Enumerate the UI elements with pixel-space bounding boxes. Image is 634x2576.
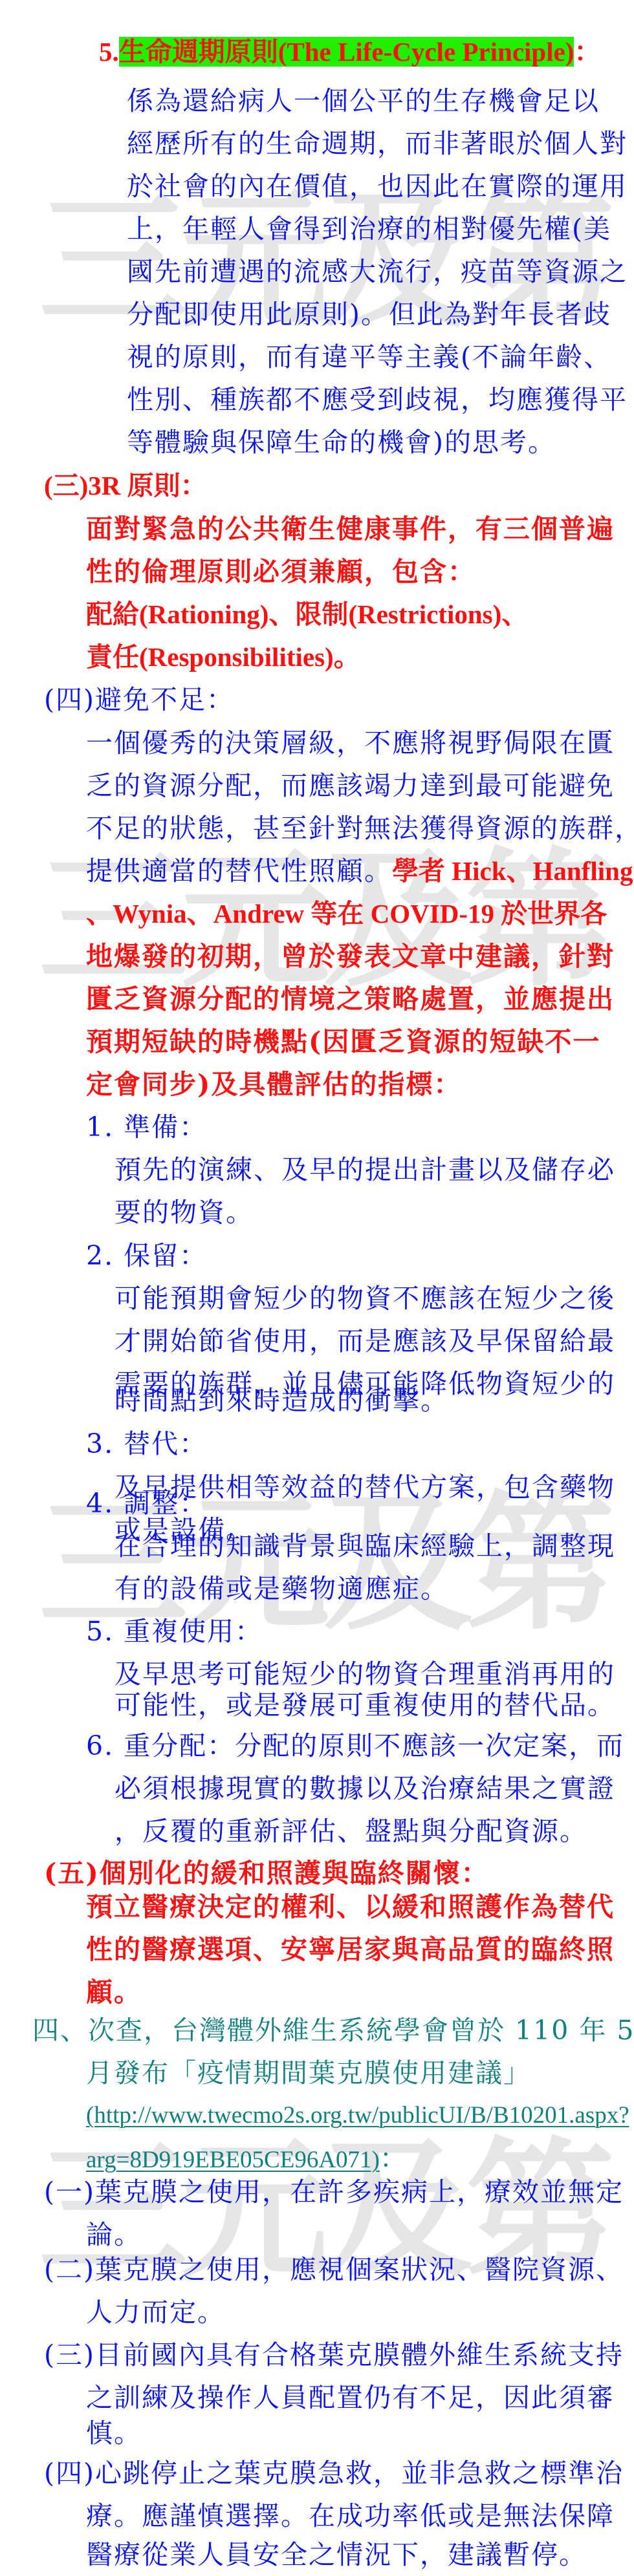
section-heading-avoid-shortage: (四)避免不足： [44, 683, 234, 716]
paragraph-line: 、Wynia、Andrew 等在 COVID-19 於世界各 [86, 897, 607, 930]
recommendation-item: (四)心跳停止之葉克膜急救，並非急救之標準治 [44, 2457, 624, 2489]
section-heading-3r: (三)3R 原則： [44, 469, 207, 502]
paragraph-line: 定會同步)及具體評估的指標： [86, 1068, 461, 1100]
principle-heading: 5.生命週期原則(The Life-Cycle Principle)： [99, 36, 602, 68]
paragraph-line: 性的倫理原則必須兼顧，包含： [86, 555, 475, 588]
paragraph-line: 性的醫療選項、安寧居家與高品質的臨終照 [86, 1933, 615, 1966]
principle-colon: ： [574, 36, 602, 67]
principle-title-highlighted: 生命週期原則(The Life-Cycle Principle) [119, 37, 574, 67]
list-item-inline-text: 分配的原則不應該一次定案，而 [235, 1730, 624, 1761]
paragraph-line-mixed: 提供適當的替代性照顧。學者 Hick、Hanfling [86, 855, 633, 887]
paragraph-line: 一個優秀的決策層級，不應將視野侷限在匱 [86, 727, 615, 759]
list-item-line: 有的設備或是藥物適應症。 [115, 1572, 448, 1605]
text-red-emphasis: 學者 Hick、Hanfling [392, 856, 633, 886]
recommendation-item-line: 論。 [86, 2218, 142, 2251]
paragraph-line: 分配即使用此原則)。但此為對年長者歧 [127, 298, 611, 330]
paragraph-line: 係為還給病人一個公平的生存機會足以 [127, 85, 600, 117]
list-item-line: 必須根據現實的數據以及治療結果之實證 [115, 1772, 615, 1805]
paragraph-line: 配給(Rationing)、限制(Restrictions)、 [86, 598, 528, 630]
paragraph-line: 月發布「疫情期間葉克膜使用建議」 [86, 2057, 531, 2089]
paragraph-line: 等體驗與保障生命的機會)的思考。 [127, 426, 556, 458]
recommendation-item: (三)目前國內具有合格葉克膜體外維生系統支持 [44, 2339, 624, 2371]
paragraph-line: 於社會的內在價值，也因此在實際的運用 [127, 170, 628, 202]
reference-link-line2: arg=8D919EBE05CE96A071)： [86, 2142, 408, 2176]
list-item-line: 在合理的知識背景與臨床經驗上，調整現 [115, 1530, 615, 1562]
paragraph-line: 性別、種族都不應受到歧視，均應獲得平 [127, 383, 628, 416]
link-suffix: ： [380, 2143, 408, 2174]
list-item-label: 3. 替代： [86, 1428, 207, 1460]
recommendation-item-line: 之訓練及操作人員配置仍有不足，因此須審 [86, 2381, 615, 2414]
paragraph-line: 地爆發的初期，曾於發表文章中建議，針對 [86, 940, 615, 972]
list-item-label: 5. 重複使用： [86, 1615, 263, 1648]
reference-link[interactable]: (http://www.twecmo2s.org.tw/publicUI/B/B… [86, 2099, 629, 2132]
paragraph-line: 經歷所有的生命週期，而非著眼於個人對 [127, 127, 628, 160]
paragraph-line: 責任(Responsibilities)。 [86, 641, 360, 673]
paragraph-line: 顧。 [86, 1976, 142, 2008]
list-item-label: 2. 保留： [86, 1240, 207, 1272]
paragraph-line: 面對緊急的公共衛生健康事件，有三個普遍 [86, 513, 615, 545]
recommendation-item-line: 療。應謹慎選擇。在成功率低或是無法保障 [86, 2500, 615, 2532]
list-item-label: 1. 準備： [86, 1111, 207, 1143]
list-item-line: 才開始節省使用，而是應該及早保留給最 [115, 1325, 615, 1357]
watermark-char: 第 [466, 1490, 608, 1639]
paragraph-line: 國先前遭遇的流感大流行，疫苗等資源之 [127, 255, 628, 288]
recommendation-item-line: 慎。 [86, 2417, 142, 2449]
paragraph-line: 預立醫療決定的權利、以緩和照護作為替代 [86, 1891, 615, 1923]
paragraph-line: 四、次查，台灣體外維生系統學會曾於 110 年 5 [32, 2014, 634, 2046]
paragraph-line: 預期短缺的時機點(因匱乏資源的短缺不一 [86, 1025, 600, 1058]
paragraph-line: 乏的資源分配，而應該竭力達到最可能避免 [86, 769, 615, 802]
paragraph-line: 匱乏資源分配的情境之策略處置，並應提出 [86, 983, 615, 1015]
list-item-line: 可能性，或是發展可重複使用的替代品。 [115, 1689, 615, 1721]
list-item-line: 要的物資。 [115, 1196, 254, 1229]
text-blue: 提供適當的替代性照顧。 [86, 855, 392, 886]
principle-number: 5. [99, 37, 119, 67]
reference-link[interactable]: arg=8D919EBE05CE96A071) [86, 2147, 380, 2173]
list-item-label: 4. 調整： [86, 1487, 207, 1519]
recommendation-item-line: 醫療從業人員安全之情況下，建議暫停。 [86, 2538, 587, 2571]
list-item-label-inline: 6. 重分配：分配的原則不應該一次定案，而 [86, 1730, 624, 1762]
paragraph-line: 上，年輕人會得到治療的相對優先權(美 [127, 213, 611, 245]
list-item-line: 可能預期會短少的物資不應該在短少之後 [115, 1282, 615, 1315]
recommendation-item-line: 人力而定。 [86, 2296, 225, 2328]
recommendation-item: (二)葉克膜之使用，應視個案狀況、醫院資源、 [44, 2253, 624, 2286]
watermark-char: 及 [323, 1490, 466, 1639]
list-item-label: 6. 重分配： [86, 1730, 235, 1761]
list-item-line: 預先的演練、及早的提出計畫以及儲存必 [115, 1154, 615, 1186]
list-item-line: ，反覆的重新評估、盤點與分配資源。 [115, 1815, 587, 1847]
paragraph-line: 視的原則，而有違平等主義(不論年齡、 [127, 341, 611, 373]
paragraph-line: 不足的狀態，甚至針對無法獲得資源的族群， [86, 812, 634, 844]
section-heading-palliative: (五)個別化的緩和照護與臨終關懷： [44, 1857, 489, 1889]
list-item-line: 時間點到來時造成的衝擊。 [115, 1384, 448, 1417]
recommendation-item: (一)葉克膜之使用，在許多疾病上，療效並無定 [44, 2176, 624, 2208]
list-item-line: 及早思考可能短少的物資合理重消再用的 [115, 1658, 615, 1690]
